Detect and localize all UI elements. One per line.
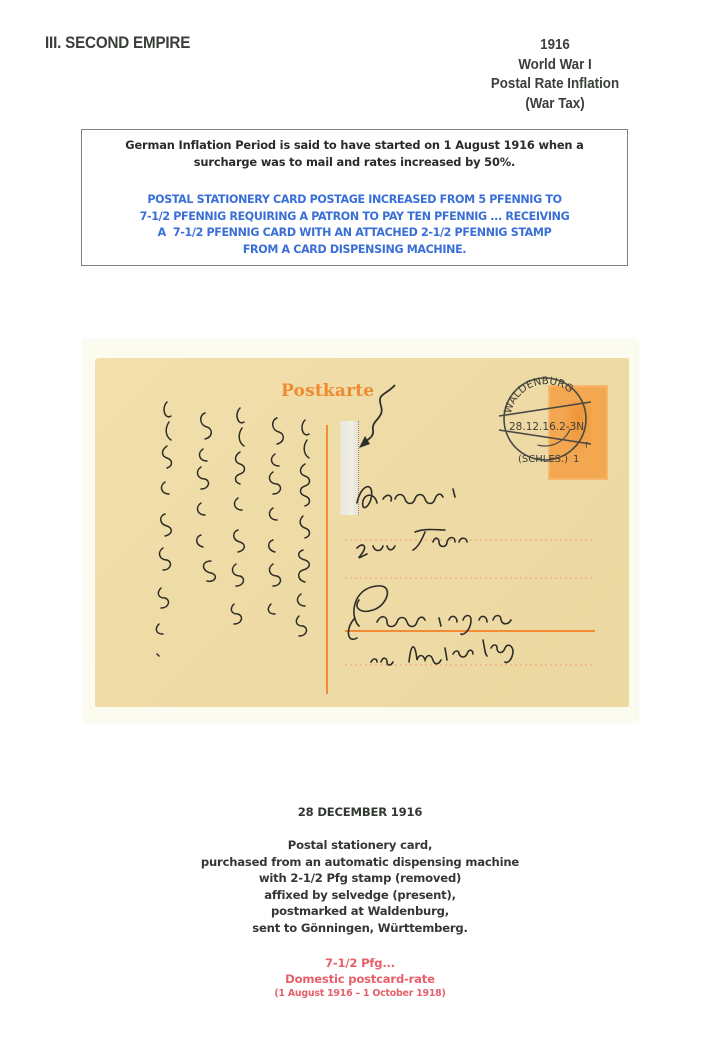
svg-text:WALDENBURG: WALDENBURG [502, 375, 575, 415]
section-title: III. SECOND EMPIRE [45, 34, 190, 53]
intro-box: German Inflation Period is said to have … [81, 129, 628, 266]
postmark-date: 28.12.16.2-3N [509, 421, 584, 433]
handwritten-address [348, 487, 513, 665]
caption-line: postmarked at Waldenburg, [160, 903, 560, 920]
highlight-line: FROM A CARD DISPENSING MACHINE. [82, 242, 627, 259]
caption-description: Postal stationery card, purchased from a… [160, 837, 560, 937]
postcard-drawing: WALDENBURG 28.12.16.2-3N (SCHLES.) 1 f [95, 358, 629, 707]
caption-date: 28 DECEMBER 1916 [160, 805, 560, 819]
exhibit-heading: 1916 World War I Postal Rate Inflation (… [460, 36, 650, 114]
caption-line: Postal stationery card, [160, 837, 560, 854]
intro-highlight-text: POSTAL STATIONERY CARD POSTAGE INCREASED… [82, 192, 627, 258]
heading-year: 1916 [468, 36, 643, 56]
heading-event: World War I [468, 56, 643, 76]
postmark-suffix: f [585, 441, 588, 450]
postmark-office: 1 [573, 454, 579, 465]
caption-line: sent to Gönningen, Württemberg. [160, 920, 560, 937]
highlight-line: 7-1/2 PFENNIG REQUIRING A PATRON TO PAY … [82, 209, 627, 226]
handwritten-arrow-icon [365, 385, 395, 442]
caption-line: affixed by selvedge (present), [160, 887, 560, 904]
handwritten-message [156, 402, 309, 656]
rate-description: Domestic postcard-rate [160, 971, 560, 987]
postmark-region: (SCHLES.) [518, 454, 568, 465]
intro-line: surcharge was to mail and rates increase… [82, 154, 627, 171]
arrow-head-icon [359, 436, 370, 448]
highlight-line: A 7-1/2 PFENNIG CARD WITH AN ATTACHED 2-… [82, 225, 627, 242]
postmark-icon [499, 378, 591, 460]
heading-subtopic: (War Tax) [468, 95, 643, 115]
intro-text: German Inflation Period is said to have … [82, 137, 627, 170]
highlight-line: POSTAL STATIONERY CARD POSTAGE INCREASED… [82, 192, 627, 209]
postmark-town: WALDENBURG [502, 375, 575, 415]
postal-rate: 7-1/2 Pfg... Domestic postcard-rate (1 A… [160, 955, 560, 1000]
rate-period: (1 August 1916 – 1 October 1918) [160, 987, 560, 1000]
heading-topic: Postal Rate Inflation [468, 75, 643, 95]
intro-line: German Inflation Period is said to have … [82, 137, 627, 154]
caption-line: with 2-1/2 Pfg stamp (removed) [160, 870, 560, 887]
caption-line: purchased from an automatic dispensing m… [160, 854, 560, 871]
postcard-image: Postkarte WALDENBURG 28.12.16.2-3N (SCHL… [95, 358, 629, 707]
rate-amount: 7-1/2 Pfg... [160, 955, 560, 971]
